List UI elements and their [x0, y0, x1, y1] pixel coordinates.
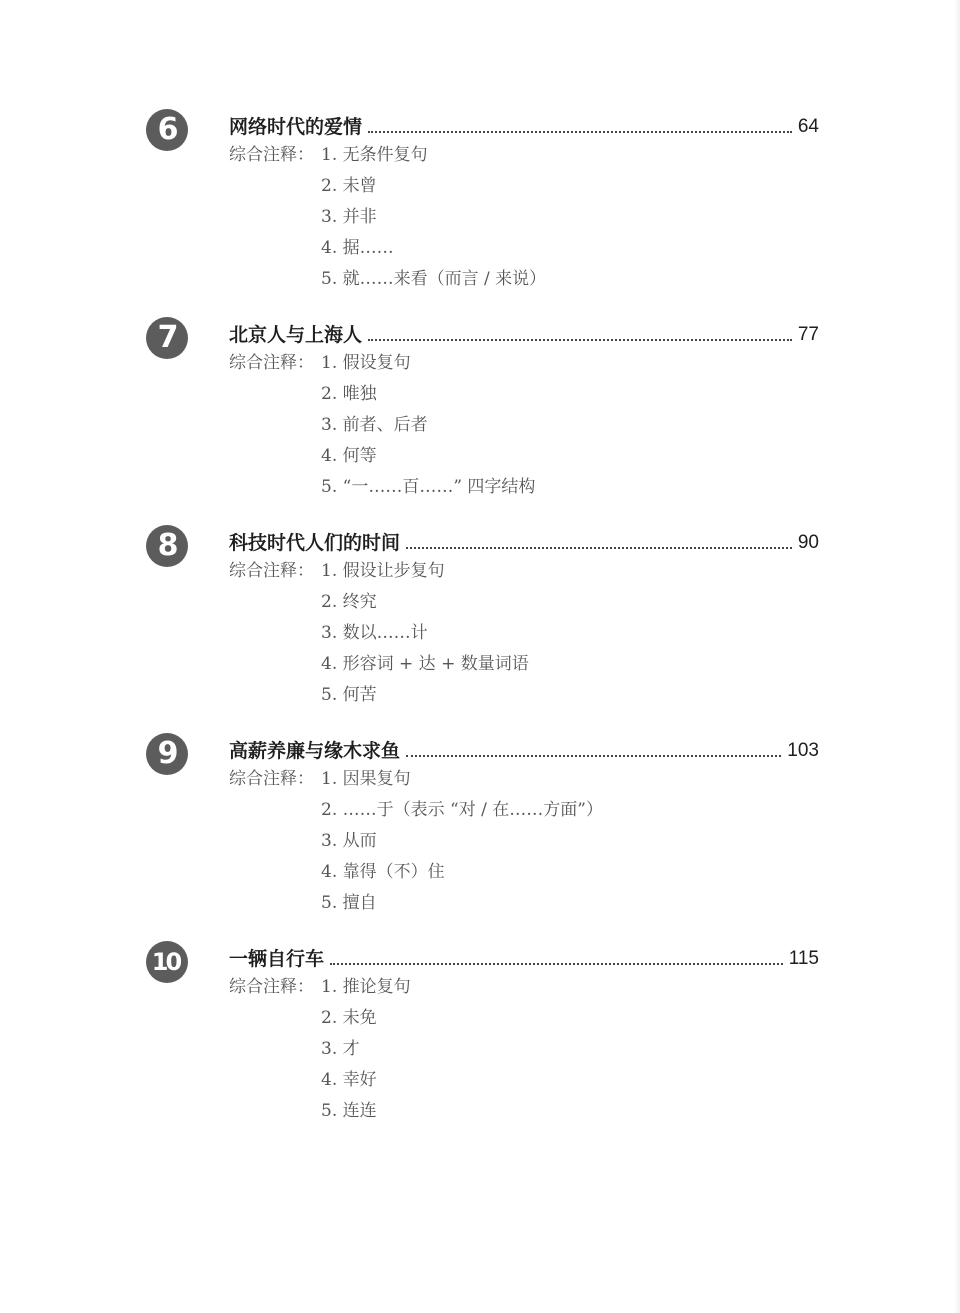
note-item: 3. 数以……计	[321, 621, 428, 645]
chapter-number-badge: 8	[146, 525, 188, 567]
dot-leader	[368, 131, 792, 133]
chapter-title[interactable]: 一辆自行车	[229, 947, 324, 971]
note-item: 5. 就……来看（而言 / 来说）	[321, 267, 546, 291]
chapter-title[interactable]: 高薪养廉与缘木求鱼	[229, 739, 400, 763]
note-item: 2. 未曾	[321, 174, 377, 198]
note-item: 4. 据……	[321, 236, 394, 260]
page-number: 77	[798, 323, 819, 347]
note-item: 4. 何等	[321, 444, 377, 468]
chapter-title[interactable]: 网络时代的爱情	[229, 115, 362, 139]
note-item: 4. 靠得（不）住	[321, 860, 445, 884]
page-number: 90	[798, 531, 819, 555]
chapter-title[interactable]: 北京人与上海人	[229, 323, 362, 347]
note-item: 2. 唯独	[321, 382, 377, 406]
dot-leader	[330, 963, 783, 965]
toc-entry-row[interactable]: 高薪养廉与缘木求鱼 103	[229, 737, 819, 763]
page-number: 64	[798, 115, 819, 139]
page-number: 115	[789, 947, 819, 971]
note-item: 5. 连连	[321, 1099, 377, 1123]
notes-label: 综合注释：	[229, 767, 314, 791]
notes-label: 综合注释：	[229, 559, 314, 583]
page-number: 103	[787, 739, 819, 763]
note-item: 1. 假设复句	[321, 351, 411, 375]
dot-leader	[368, 339, 792, 341]
note-item: 4. 幸好	[321, 1068, 377, 1092]
toc-entry-row[interactable]: 一辆自行车 115	[229, 945, 819, 971]
dot-leader	[406, 547, 792, 549]
chapter-number-badge: 9	[146, 733, 188, 775]
note-item: 4. 形容词 + 达 + 数量词语	[321, 652, 529, 676]
toc-entry-row[interactable]: 科技时代人们的时间 90	[229, 529, 819, 555]
chapter-number-badge: 10	[146, 941, 188, 983]
note-item: 5. “一……百……” 四字结构	[321, 475, 535, 499]
chapter-number-badge: 6	[146, 109, 188, 151]
note-item: 1. 假设让步复句	[321, 559, 445, 583]
chapter-number-badge: 7	[146, 317, 188, 359]
toc-entry-row[interactable]: 网络时代的爱情 64	[229, 113, 819, 139]
note-item: 3. 并非	[321, 205, 377, 229]
note-item: 2. ……于（表示 “对 / 在……方面”）	[321, 798, 603, 822]
note-item: 2. 终究	[321, 590, 377, 614]
notes-label: 综合注释：	[229, 143, 314, 167]
page-edge	[954, 0, 960, 1313]
note-item: 1. 无条件复句	[321, 143, 428, 167]
note-item: 3. 从而	[321, 829, 377, 853]
dot-leader	[406, 755, 781, 757]
note-item: 3. 前者、后者	[321, 413, 428, 437]
notes-label: 综合注释：	[229, 351, 314, 375]
note-item: 1. 推论复句	[321, 975, 411, 999]
chapter-title[interactable]: 科技时代人们的时间	[229, 531, 400, 555]
toc-entry-row[interactable]: 北京人与上海人 77	[229, 321, 819, 347]
note-item: 5. 何苦	[321, 683, 377, 707]
note-item: 1. 因果复句	[321, 767, 411, 791]
note-item: 3. 才	[321, 1037, 360, 1061]
note-item: 5. 擅自	[321, 891, 377, 915]
notes-label: 综合注释：	[229, 975, 314, 999]
note-item: 2. 未免	[321, 1006, 377, 1030]
